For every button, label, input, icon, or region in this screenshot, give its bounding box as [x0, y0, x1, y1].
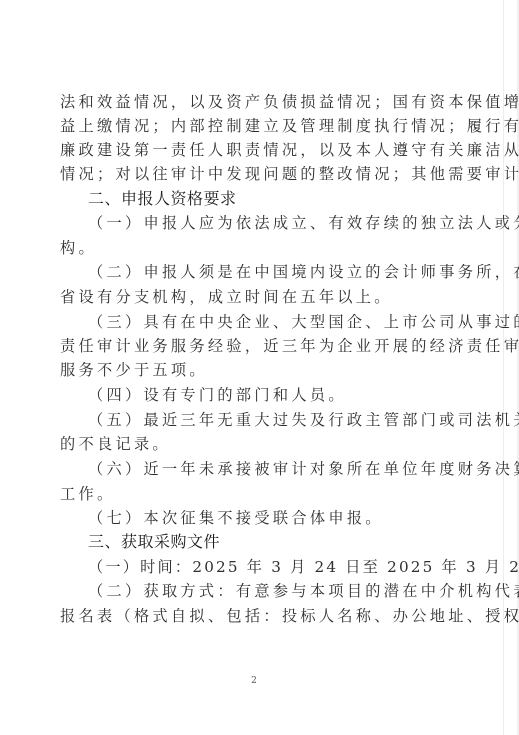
- paragraph-line: 报名表（格式自拟、包括：投标人名称、办公地址、授权代表、: [60, 606, 460, 626]
- section-heading-qualifications: 二、申报人资格要求: [88, 189, 488, 209]
- paragraph-line: 的不良记录。: [60, 434, 460, 454]
- paragraph-line: （四）设有专门的部门和人员。: [88, 385, 488, 405]
- paragraph-line: 工作。: [60, 484, 460, 504]
- document-page: 法和效益情况，以及资产负债损益情况；国有资本保值增值和收 益上缴情况；内部控制建…: [0, 0, 519, 735]
- section-heading-obtain-documents: 三、获取采购文件: [88, 532, 488, 552]
- paragraph-line: 廉政建设第一责任人职责情况，以及本人遵守有关廉洁从业规定: [60, 140, 460, 160]
- paragraph-line: （六）近一年未承接被审计对象所在单位年度财务决算审计: [88, 459, 488, 479]
- paragraph-line: （一）申报人应为依法成立、有效存续的独立法人或分支机: [88, 213, 488, 233]
- paragraph-line: 情况；对以往审计中发现问题的整改情况；其他需要审计的内容。: [60, 164, 460, 184]
- paragraph-line: 省设有分支机构，成立时间在五年以上。: [60, 287, 460, 307]
- paragraph-line: 责任审计业务服务经验，近三年为企业开展的经济责任审计业务: [60, 336, 460, 356]
- paragraph-line: 服务不少于五项。: [60, 360, 460, 380]
- paragraph-line: 法和效益情况，以及资产负债损益情况；国有资本保值增值和收: [60, 92, 460, 112]
- paragraph-line: （一）时间：2025 年 3 月 24 日至 2025 年 3 月 26 日。: [88, 557, 488, 577]
- paragraph-line: 构。: [60, 238, 460, 258]
- paragraph-line: （七）本次征集不接受联合体申报。: [88, 508, 488, 528]
- paragraph-line: （五）最近三年无重大过失及行政主管部门或司法机关处罚: [88, 410, 488, 430]
- paragraph-line: （二）获取方式：有意参与本项目的潜在中介机构代表须将: [88, 581, 488, 601]
- paragraph-line: （二）申报人须是在中国境内设立的会计师事务所，在湖北: [88, 262, 488, 282]
- page-number: 2: [249, 676, 259, 686]
- paragraph-line: 益上缴情况；内部控制建立及管理制度执行情况；履行有关党风: [60, 116, 460, 136]
- paragraph-line: （三）具有在中央企业、大型国企、上市公司从事过的经济: [88, 312, 488, 332]
